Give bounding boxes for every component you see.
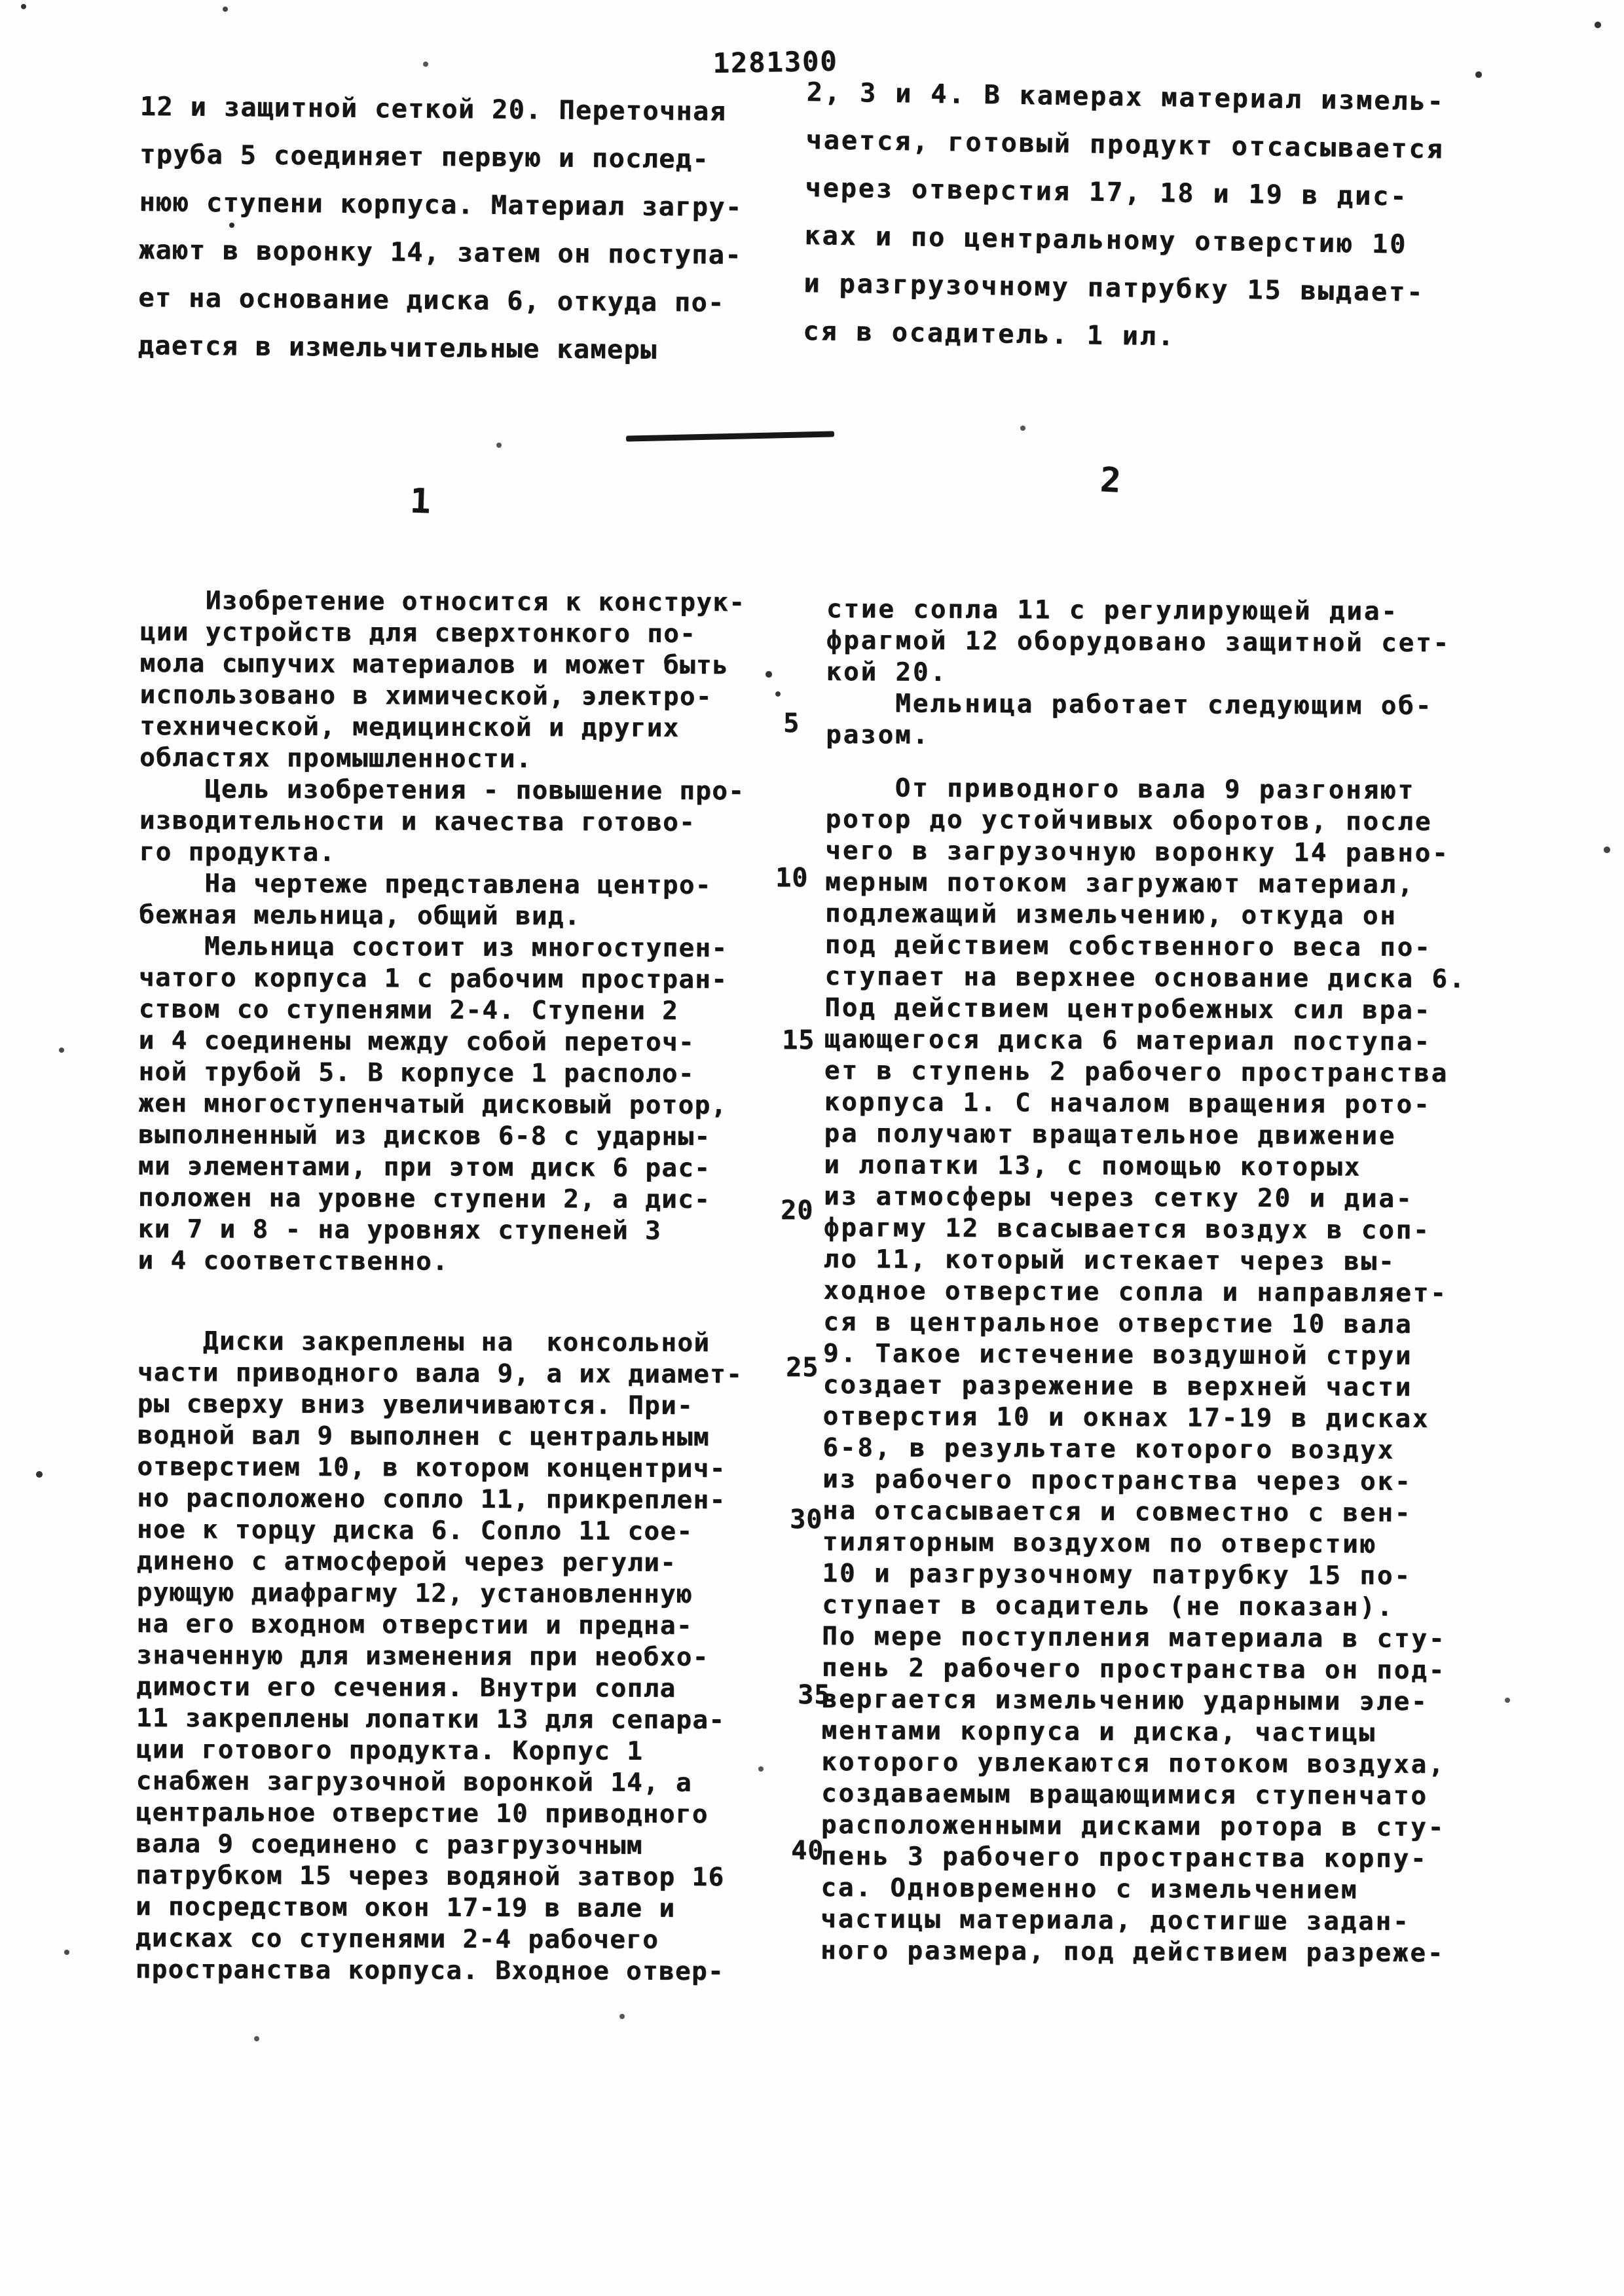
text-line: По мере поступления материала в сту- [822, 1622, 1464, 1656]
scan-noise-specks [0, 0, 3, 3]
paragraph-gap [826, 752, 1467, 776]
text-line: рующую диафрагму 12, установленную [137, 1578, 742, 1611]
text-line: дается в измельчительные камеры [138, 331, 741, 384]
paragraph-gap [138, 1277, 743, 1328]
text-line: ного размера, под действием разреже- [821, 1936, 1462, 1970]
text-line: ментами корпуса и диска, частицы [821, 1716, 1463, 1750]
text-line: на его входном отверстии и предна- [136, 1609, 741, 1643]
text-line: фрагмой 12 оборудовано защитной сет- [826, 626, 1468, 660]
line-number: 15 [782, 1025, 815, 1055]
text-line: ся в центральное отверстие 10 вала [823, 1307, 1465, 1341]
text-line: ротор до устойчивых оборотов, после [825, 805, 1467, 839]
text-line: создает разрежение в верхней части [823, 1370, 1465, 1404]
text-line: На чертеже представлена центро- [139, 869, 744, 902]
text-line: тиляторным воздухом по отверстию [822, 1527, 1464, 1561]
column-number-right: 2 [1099, 460, 1121, 501]
line-number: 5 [783, 708, 800, 738]
patent-number: 1281300 [712, 45, 838, 79]
text-line: водной вал 9 выполнен с центральным [137, 1421, 742, 1454]
text-line: чего в загрузочную воронку 14 равно- [825, 836, 1467, 870]
text-line: центральное отверстие 10 приводного [136, 1798, 741, 1831]
text-line: ло 11, который истекает через вы- [823, 1245, 1465, 1279]
text-line: технической, медицинской и других [139, 712, 745, 745]
text-line: кой 20. [826, 657, 1467, 691]
text-line: Мельница состоит из многоступен- [139, 932, 744, 965]
text-line: из рабочего пространства через ок- [822, 1465, 1464, 1499]
patent-document-page: 1281300 12 и защитной сеткой 20. Переточ… [0, 0, 1624, 2296]
text-line: пространства корпуса. Входное отвер- [136, 1955, 741, 1988]
text-line: отверстия 10 и окнах 17-19 в дисках [822, 1402, 1464, 1436]
text-line: труба 5 соединяет первую и послед- [139, 139, 743, 192]
body-left-column: Изобретение относится к конструк-ции уст… [136, 586, 746, 1988]
text-line: под действием собственного веса по- [825, 930, 1467, 964]
text-line: и 4 соответственно. [138, 1246, 743, 1279]
text-line: ступает на верхнее основание диска 6. [824, 962, 1466, 996]
text-line: динено с атмосферой через регули- [137, 1546, 742, 1580]
text-line: части приводного вала 9, а их диамет- [138, 1358, 743, 1391]
line-number: 25 [786, 1353, 819, 1383]
text-line: ра получают вращательное движение [824, 1119, 1466, 1153]
text-line: ное к торцу диска 6. Сопло 11 сое- [137, 1515, 742, 1548]
line-number: 30 [790, 1504, 822, 1535]
text-line: создаваемым вращающимися ступенчато [821, 1779, 1463, 1813]
text-line: дисках со ступенями 2-4 рабочего [136, 1923, 741, 1957]
text-line: От приводного вала 9 разгоняют [826, 773, 1467, 807]
text-line: щающегося диска 6 материал поступа- [824, 1025, 1466, 1059]
text-line: подлежащий измельчению, откуда он [825, 899, 1467, 933]
text-line: мола сыпучих материалов и может быть [139, 649, 745, 682]
text-line: снабжен загрузочной воронкой 14, а [136, 1766, 741, 1800]
text-line: выполненный из дисков 6-8 с ударны- [138, 1120, 743, 1154]
text-line: го продукта. [139, 837, 744, 871]
text-line: значенную для изменения при необхо- [136, 1641, 741, 1674]
text-line: разом. [826, 720, 1467, 754]
text-line: из атмосферы через сетку 20 и диа- [824, 1182, 1466, 1216]
text-line: на отсасывается и совместно с вен- [822, 1496, 1464, 1530]
text-line: Цель изобретения - повышение про- [139, 774, 745, 808]
text-line: вала 9 соединено с разгрузочным [136, 1829, 741, 1863]
text-line: ки 7 и 8 - на уровнях ступеней 3 [138, 1214, 743, 1248]
text-line: ступает в осадитель (не показан). [822, 1590, 1464, 1624]
text-line: Изобретение относится к конструк- [140, 586, 745, 619]
text-line: вергается измельчению ударными эле- [822, 1685, 1464, 1719]
text-line: и 4 соединены между собой переточ- [138, 1026, 743, 1059]
text-line: 12 и защитной сеткой 20. Переточная [139, 92, 743, 145]
line-number: 35 [798, 1680, 830, 1710]
text-line: пень 2 рабочего пространства он под- [822, 1653, 1464, 1687]
text-line: ми элементами, при этом диск 6 рас- [138, 1152, 743, 1185]
line-number: 20 [781, 1195, 813, 1226]
text-line: расположенными дисками ротора в сту- [821, 1810, 1463, 1844]
text-line: изводительности и качества готово- [139, 806, 745, 839]
text-line: Под действием центробежных сил вра- [824, 993, 1466, 1027]
text-line: ет на основание диска 6, откуда по- [138, 283, 742, 336]
text-line: 6-8, в результате которого воздух [822, 1433, 1464, 1467]
text-line: ет в ступень 2 рабочего пространства [824, 1056, 1466, 1090]
text-line: пень 3 рабочего пространства корпу- [821, 1842, 1462, 1876]
text-line: бежная мельница, общий вид. [139, 900, 744, 934]
text-line: которого увлекаются потоком воздуха, [821, 1747, 1463, 1781]
text-line: ции устройств для сверхтонкого по- [140, 617, 745, 651]
text-line: и лопатки 13, с помощью которых [824, 1150, 1466, 1184]
text-line: но расположено сопло 11, прикреплен- [137, 1484, 742, 1517]
body-right-column: стие сопла 11 с регулирующей диа-фрагмой… [821, 594, 1468, 1970]
text-line: и посредством окон 17-19 в вале и [136, 1892, 741, 1925]
text-line: отверстием 10, в котором концентрич- [137, 1452, 742, 1485]
text-line: Мельница работает следующим об- [826, 689, 1467, 723]
text-line: ся в осадитель. 1 ил. [803, 316, 1442, 373]
line-number: 40 [791, 1836, 824, 1866]
text-line: ством со ступенями 2-4. Ступени 2 [139, 994, 744, 1028]
text-line: чатого корпуса 1 с рабочим простран- [139, 963, 744, 996]
column-number-left: 1 [409, 481, 431, 521]
text-line: частицы материала, достигше задан- [821, 1904, 1462, 1939]
text-line: 9. Такое истечение воздушной струи [823, 1339, 1465, 1373]
text-line: ходное отверстие сопла и направляет- [823, 1276, 1465, 1310]
text-line: ции готового продукта. Корпус 1 [136, 1735, 741, 1768]
text-line: Диски закреплены на консольной [138, 1326, 743, 1360]
text-line: жен многоступенчатый дисковый ротор, [138, 1089, 743, 1122]
abstract-right-column: 2, 3 и 4. В камерах материал измель-чает… [803, 77, 1445, 373]
text-line: жают в воронку 14, затем он поступа- [138, 235, 742, 288]
text-line: корпуса 1. С началом вращения рото- [824, 1087, 1466, 1121]
text-line: са. Одновременно с измельчением [821, 1873, 1462, 1907]
text-line: использовано в химической, электро- [139, 680, 745, 714]
text-line: стие сопла 11 с регулирующей диа- [826, 594, 1468, 629]
text-line: мерным потоком загружают материал, [825, 867, 1467, 902]
text-line: 11 закреплены лопатки 13 для сепара- [136, 1704, 741, 1737]
text-line: нюю ступени корпуса. Материал загру- [139, 187, 743, 240]
text-line: фрагму 12 всасывается воздух в соп- [824, 1213, 1466, 1247]
text-line: ры сверху вниз увеличиваются. При- [138, 1389, 743, 1423]
text-line: димости его сечения. Внутри сопла [136, 1672, 741, 1705]
text-line: 10 и разгрузочному патрубку 15 по- [822, 1559, 1464, 1593]
text-line: положен на уровне ступени 2, а дис- [138, 1183, 743, 1216]
text-line: ной трубой 5. В корпусе 1 располо- [138, 1057, 743, 1091]
abstract-left-column: 12 и защитной сеткой 20. Переточнаятруба… [138, 92, 743, 384]
section-divider-rule [626, 431, 834, 441]
text-line: патрубком 15 через водяной затвор 16 [136, 1861, 741, 1894]
text-line: областях промышленности. [139, 743, 745, 776]
line-number: 10 [775, 863, 808, 893]
